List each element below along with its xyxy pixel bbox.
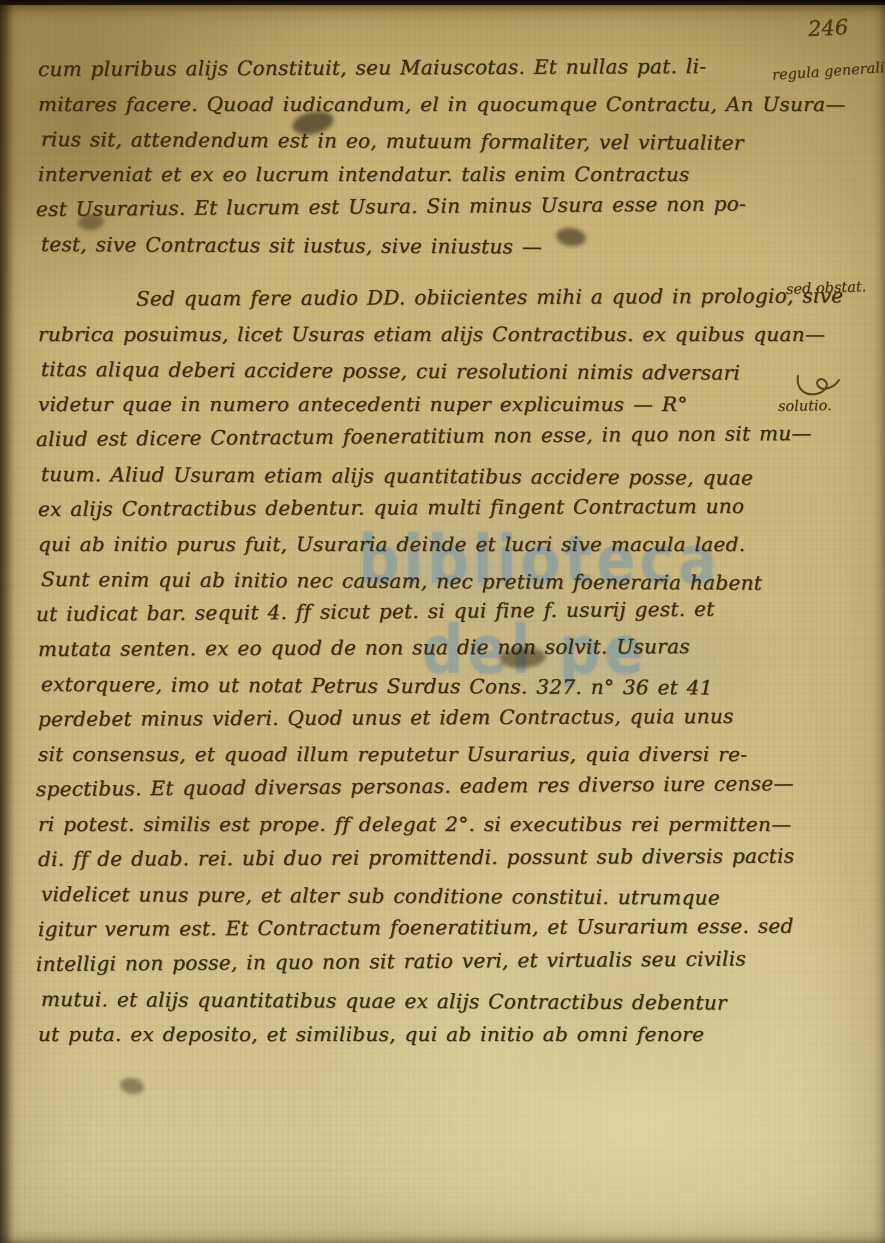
margin-note-solutio: solutio. bbox=[778, 397, 885, 415]
manuscript-line: intelligi non posse, in quo non sit rati… bbox=[36, 941, 787, 982]
manuscript-line: cum pluribus alijs Constituit, seu Maius… bbox=[38, 49, 789, 87]
manuscript-line: ut iudicat bar. sequit 4. ff sicut pet. … bbox=[36, 591, 787, 632]
manuscript-line: aliud est dicere Contractum foeneratitiu… bbox=[36, 416, 787, 457]
manuscript-line: titas aliqua deberi accidere posse, cui … bbox=[41, 352, 792, 391]
manuscript-line: rius sit, attendendum est in eo, mutuum … bbox=[41, 122, 792, 161]
ink-blot bbox=[119, 1076, 145, 1096]
manuscript-line: mitares facere. Quoad iudicandum, el in … bbox=[38, 87, 789, 122]
solutio-flourish-mark bbox=[792, 368, 842, 402]
manuscript-line: spectibus. Et quoad diversas personas. e… bbox=[36, 766, 787, 807]
manuscript-line: perdebet minus videri. Quod unus et idem… bbox=[38, 699, 789, 737]
manuscript-line: ex alijs Contractibus debentur. quia mul… bbox=[38, 489, 789, 527]
paragraph-2: Sed quam fere audio DD. obiicientes mihi… bbox=[38, 282, 789, 1052]
manuscript-line: mutui. et alijs quantitatibus quae ex al… bbox=[41, 982, 792, 1021]
manuscript-line: Sed quam fere audio DD. obiicientes mihi… bbox=[38, 279, 789, 317]
scan-edge-left bbox=[0, 0, 14, 1243]
manuscript-line: ri potest. similis est prope. ff delegat… bbox=[38, 807, 789, 842]
scan-edge-top bbox=[0, 0, 885, 6]
manuscript-line: di. ff de duab. rei. ubi duo rei promitt… bbox=[38, 839, 789, 877]
manuscript-line: rubrica posuimus, licet Usuras etiam ali… bbox=[38, 317, 789, 352]
manuscript-line: mutata senten. ex eo quod de non sua die… bbox=[38, 629, 789, 667]
paragraph-1: cum pluribus alijs Constituit, seu Maius… bbox=[38, 52, 789, 262]
manuscript-line: qui ab initio purus fuit, Usuraria deind… bbox=[38, 527, 789, 562]
folio-number: 246 bbox=[807, 15, 848, 41]
manuscript-page: biblioteca del pe 246 regula generalis. … bbox=[0, 0, 885, 1243]
manuscript-line: est Usurarius. Et lucrum est Usura. Sin … bbox=[36, 186, 787, 227]
manuscript-line: test, sive Contractus sit iustus, sive i… bbox=[41, 227, 792, 266]
manuscript-line: ut puta. ex deposito, et similibus, qui … bbox=[38, 1017, 789, 1052]
